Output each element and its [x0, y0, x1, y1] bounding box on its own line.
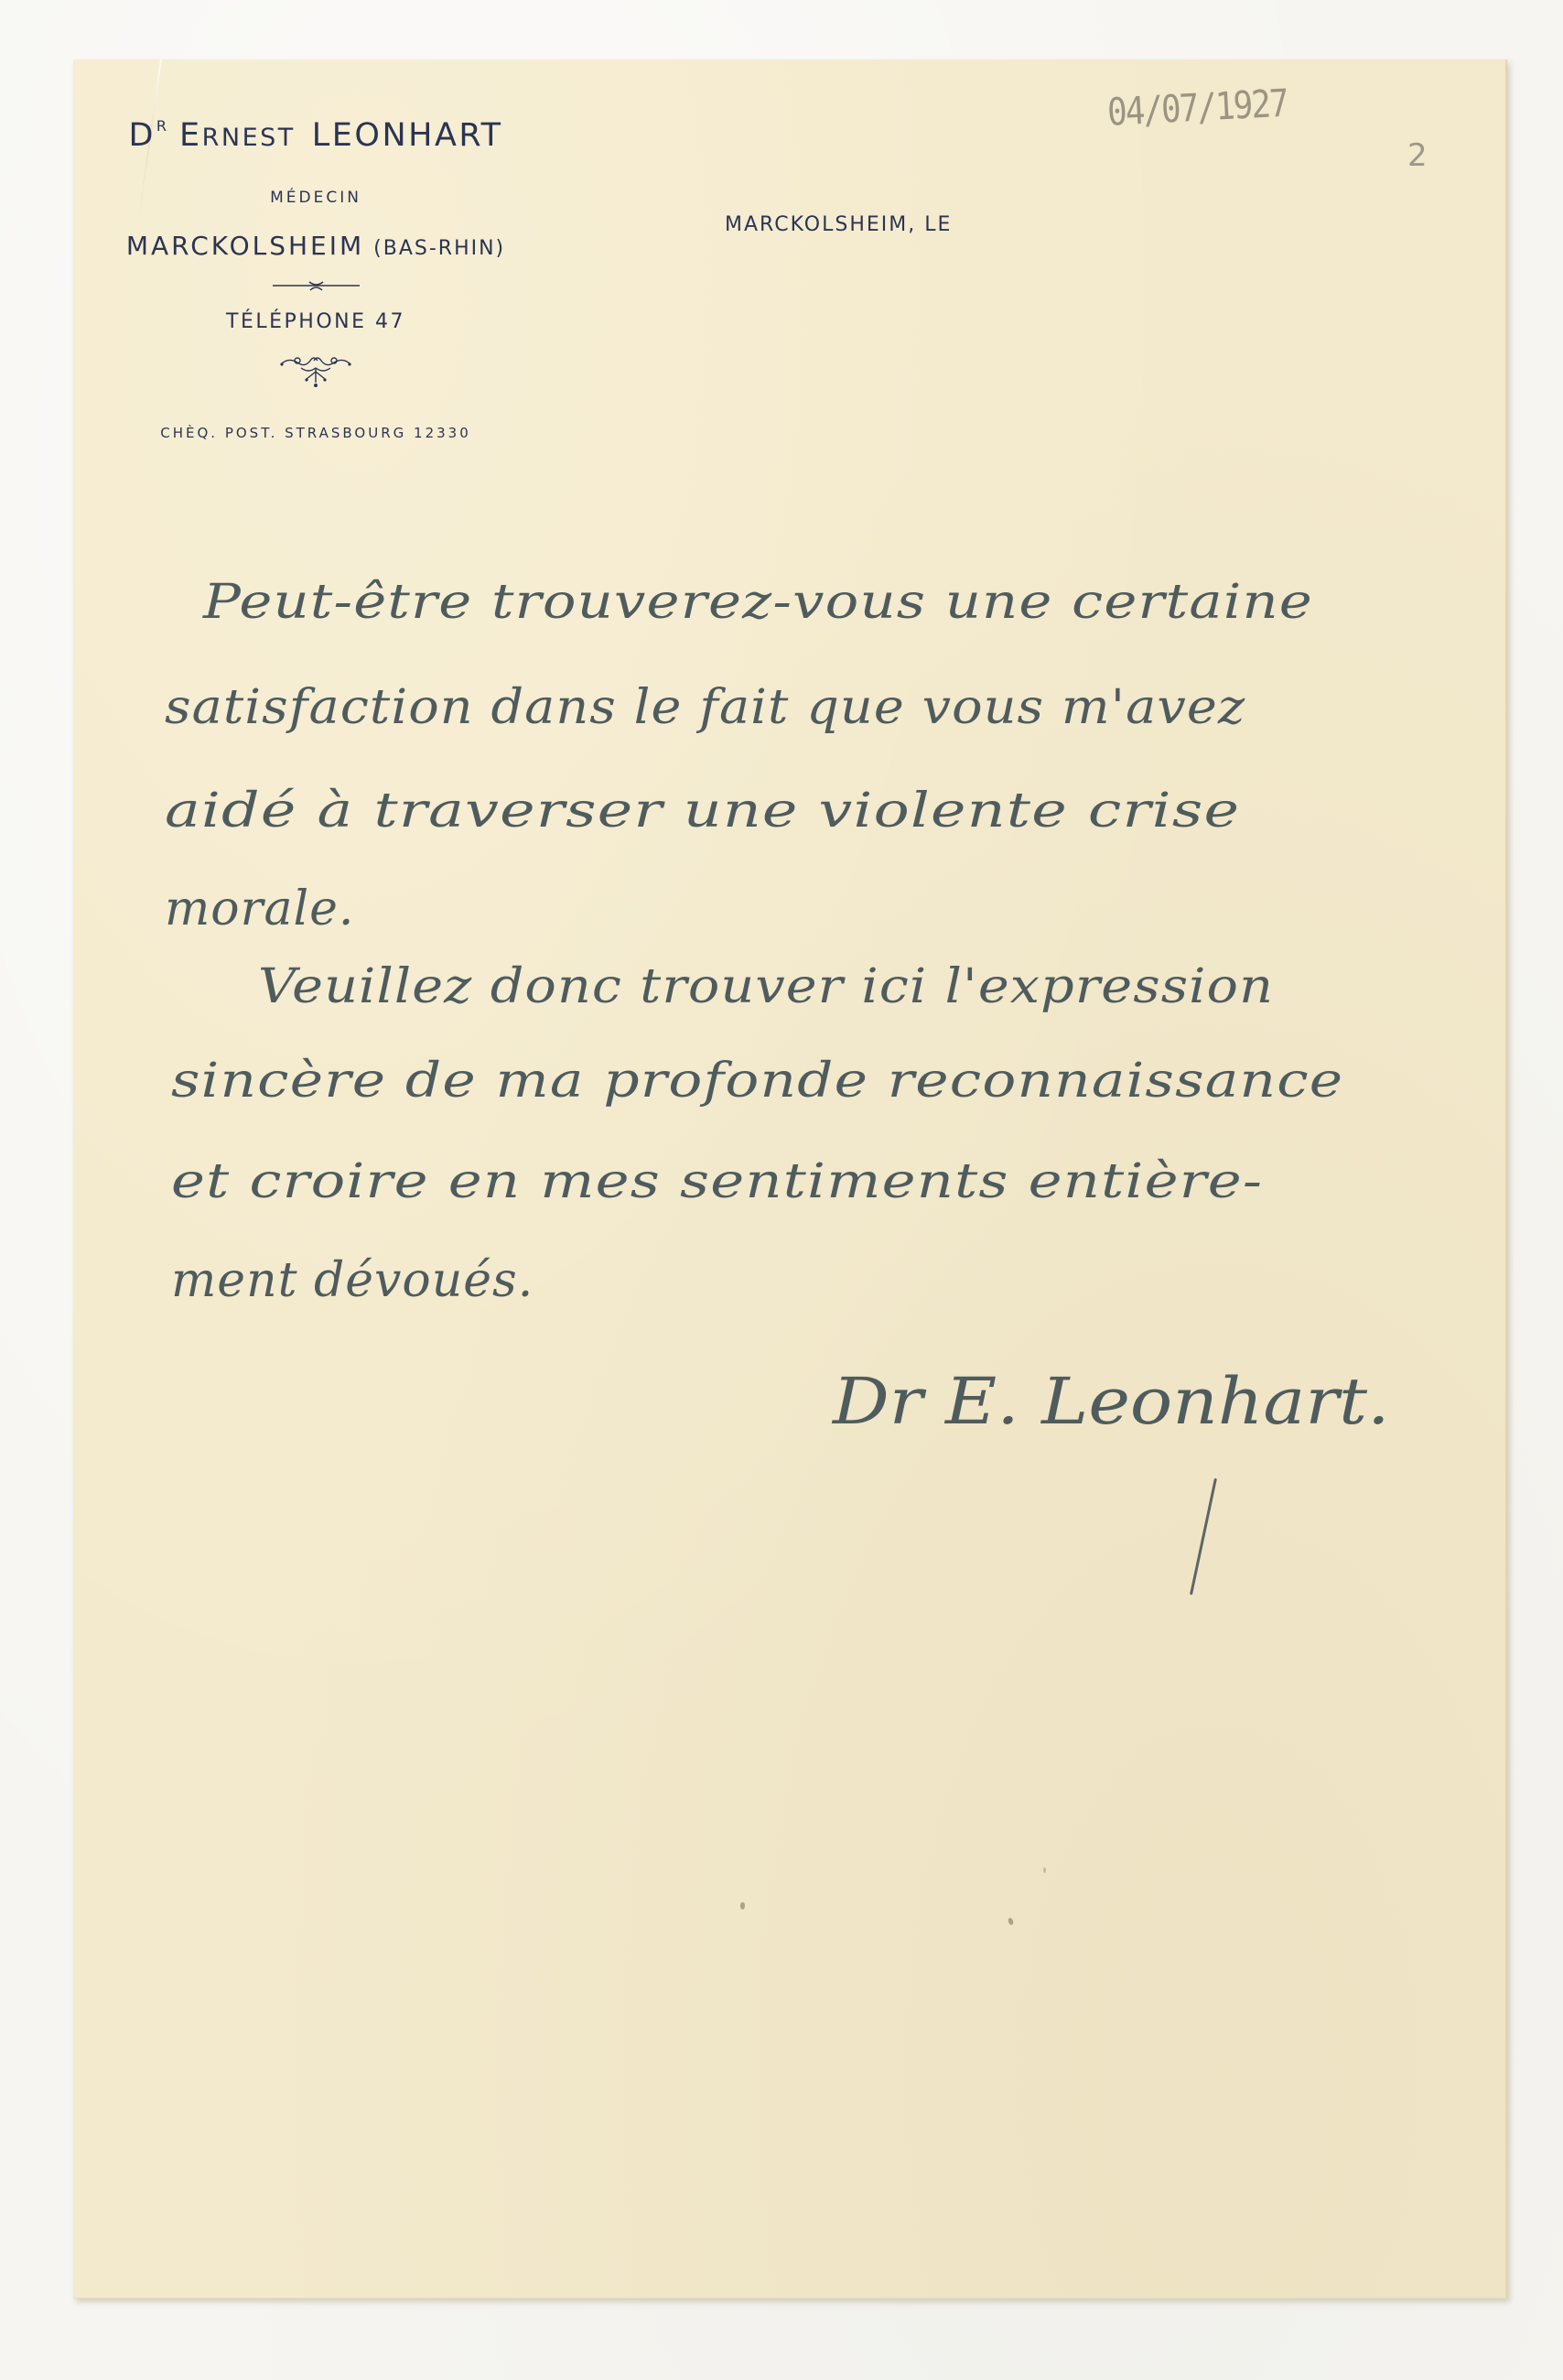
- letter-line: sincère de ma profonde reconnaissance: [171, 1057, 1343, 1105]
- first-name-initial: E: [179, 117, 202, 154]
- letterhead: DRERNESTLEONHART MÉDECIN MARCKOLSHEIM(BA…: [96, 119, 535, 441]
- page-number-annotation: 2: [1407, 137, 1428, 174]
- town-line: MARCKOLSHEIM(BAS-RHIN): [96, 231, 535, 261]
- letter-line: aidé à traverser une violente crise: [165, 787, 1240, 835]
- letter-line: morale.: [165, 885, 354, 933]
- printed-dateline: MARCKOLSHEIM, LE: [725, 213, 952, 236]
- phone-number: TÉLÉPHONE 47: [96, 310, 535, 333]
- profession: MÉDECIN: [96, 189, 535, 207]
- letter-line: et croire en mes sentiments entière-: [171, 1158, 1263, 1206]
- letter-line: ment dévoués.: [171, 1257, 534, 1304]
- town: MARCKOLSHEIM: [126, 231, 364, 261]
- title-superscript: R: [156, 117, 167, 135]
- region: (BAS-RHIN): [373, 237, 505, 260]
- letterhead-name: DRERNESTLEONHART: [96, 119, 535, 152]
- postal-cheque-account: CHÈQ. POST. STRASBOURG 12330: [96, 425, 535, 441]
- paper-speck: [1008, 1917, 1014, 1925]
- paper-speck: [1043, 1867, 1046, 1873]
- divider-ornament-icon: [273, 279, 360, 292]
- letter-line: Peut-être trouverez-vous une certaine: [203, 579, 1313, 626]
- last-name: LEONHART: [312, 117, 503, 154]
- paper-speck: [740, 1902, 745, 1909]
- first-name-rest: RNEST: [202, 124, 296, 152]
- signature: Dr E. Leonhart.: [833, 1364, 1390, 1439]
- fleuron-ornament-icon: [279, 353, 352, 390]
- title-prefix: D: [128, 117, 155, 154]
- letter-line: Veuillez donc trouver ici l'expression: [258, 963, 1274, 1011]
- letter-line: satisfaction dans le fait que vous m'ave…: [165, 684, 1245, 731]
